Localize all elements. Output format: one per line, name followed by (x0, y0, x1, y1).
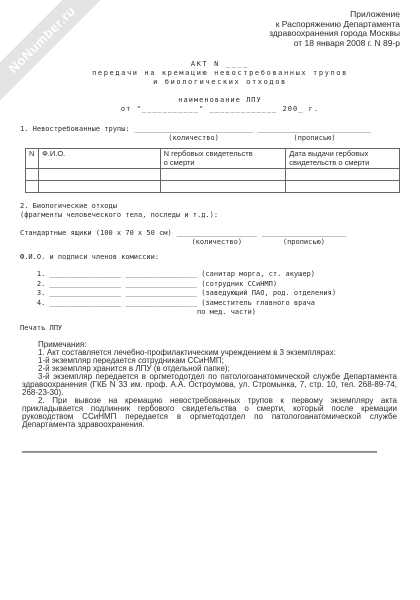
commission-signature-list: 1. _________________ _________________ (… (20, 270, 420, 318)
commission-member-line: 2. _________________ _________________ (… (20, 280, 420, 290)
table-cell (26, 181, 39, 193)
act-date-line: от "___________" _____________ 200_ г. (20, 105, 420, 114)
note-item: 2. При вывозе на кремацию невостребованн… (22, 397, 397, 429)
table-header-issue-date: Дата выдачи гербовых свидетельств о смер… (286, 149, 400, 169)
boxes-words-blank-field: ____________________ (262, 229, 346, 238)
commission-member-line: 3. _________________ _________________ (… (20, 289, 420, 299)
act-title-line: и биологических отходов (20, 78, 420, 87)
table-header-certificate: N гербовых свидетельств о смерти (160, 149, 286, 169)
section-unclaimed-bodies: 1. Невостребованные трупы: _____________… (20, 125, 400, 143)
note-item: 3-й экземпляр передается в оргметодотдел… (22, 373, 397, 397)
facility-stamp-label: Печать ЛПУ (20, 324, 400, 333)
section1-label: 1. Невостребованные трупы: (20, 125, 130, 134)
org-name-label: наименование ЛПУ (20, 96, 420, 105)
words-blank-group: ___________________________ (прописью) (258, 125, 372, 143)
spacer (20, 87, 420, 96)
commission-member-line: 4. _________________ _________________ (… (20, 299, 420, 309)
act-title-line: передачи на кремацию невостребованных тр… (20, 69, 420, 78)
document-page: NoNumber.ru Приложение к Распоряжению Де… (0, 0, 420, 600)
bottom-divider (22, 451, 377, 453)
table-header-row: N Ф.И.О. N гербовых свидетельств о смерт… (26, 149, 400, 169)
table-cell (26, 169, 39, 181)
table-cell (286, 181, 400, 193)
section-biological-waste: 2. Биологические отходы (фрагменты челов… (0, 202, 420, 247)
boxes-label: Стандартные ящики (100 x 70 x 50 см) (20, 229, 172, 238)
table-cell (39, 169, 161, 181)
quantity-blank-group: ____________________________ (количество… (135, 125, 253, 143)
quantity-caption: (количество) (168, 134, 219, 143)
boxes-quantity-blank-group: ___________________ (количество) (177, 229, 257, 247)
standard-boxes-line: Стандартные ящики (100 x 70 x 50 см) ___… (20, 229, 400, 247)
table-cell (160, 181, 286, 193)
section2-label-line2: (фрагменты человеческого тела, последы и… (20, 211, 218, 220)
words-caption: (прописью) (293, 134, 335, 143)
section2-label-line1: 2. Биологические отходы (20, 202, 117, 211)
table-header-name: Ф.И.О. (39, 149, 161, 169)
table-row (26, 181, 400, 193)
commission-member-line: 1. _________________ _________________ (… (20, 270, 420, 280)
notes-block: Примечания: 1. Акт составляется лечебно-… (22, 341, 397, 429)
boxes-quantity-caption: (количество) (191, 238, 242, 247)
boxes-words-caption: (прописью) (283, 238, 325, 247)
table-cell (160, 169, 286, 181)
approval-header: Приложение к Распоряжению Департамента з… (0, 0, 400, 48)
act-title-block: АКТ N ____ передачи на кремацию невостре… (20, 60, 420, 114)
commission-label: Ф.И.О. и подписи членов комиссии: (20, 253, 400, 262)
table-header-number: N (26, 149, 39, 169)
words-blank-field: ___________________________ (258, 125, 372, 134)
boxes-quantity-blank-field: ___________________ (177, 229, 257, 238)
boxes-words-blank-group: ____________________ (прописью) (262, 229, 346, 247)
table-row (26, 169, 400, 181)
table-cell (286, 169, 400, 181)
bodies-table: N Ф.И.О. N гербовых свидетельств о смерт… (25, 148, 400, 193)
quantity-blank-field: ____________________________ (135, 125, 253, 134)
approval-line: от 18 января 2008 г. N 89-р (0, 39, 400, 49)
commission-member-line: по мед. части) (20, 308, 420, 318)
table-cell (39, 181, 161, 193)
act-number-line: АКТ N ____ (20, 60, 420, 69)
